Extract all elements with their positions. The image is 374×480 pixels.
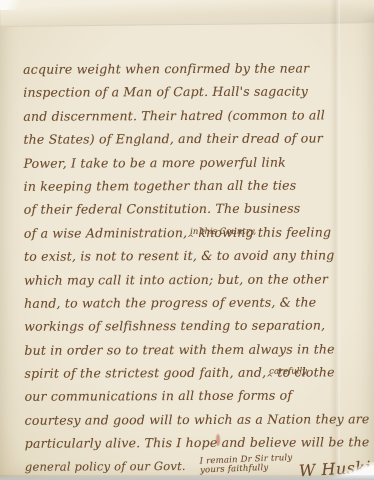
- letter-line-with-insertion: spirit of the strictest good faith, and,…: [24, 360, 358, 385]
- scan-bottom-edge: [0, 475, 374, 480]
- letter-line: our communications in all those forms of: [25, 384, 359, 409]
- letter-line: hand, to watch the progress of events, &…: [24, 290, 358, 315]
- letter-line: workings of selfishness tending to separ…: [24, 314, 358, 339]
- letter-line: acquire weight when confirmed by the nea…: [23, 56, 357, 81]
- paper-corner-top-left: [0, 0, 28, 10]
- letter-line: and discernment. Their hatred (common to…: [23, 103, 357, 128]
- insertion-text: in this Country,: [190, 220, 256, 244]
- line-text: spirit of the strictest good faith, and,: [24, 365, 266, 381]
- letter-line: to exist, is not to resent it, & to avoi…: [24, 243, 358, 268]
- letter-line-with-insertion: of a wise Administration,^in this Countr…: [24, 220, 358, 245]
- letter-line: in keeping them together than all the ti…: [24, 173, 358, 198]
- valediction-line: yours faithfully: [200, 463, 293, 476]
- closing-valediction: I remain Dr Sir truly yours faithfully: [199, 454, 292, 476]
- letter-line: the States) of England, and their dread …: [23, 126, 357, 151]
- insertion-text: carefully: [269, 361, 307, 385]
- letter-line: inspection of a Man of Capt. Hall's saga…: [23, 80, 357, 105]
- paper-top-crease: [0, 0, 374, 27]
- letter-scan: acquire weight when confirmed by the nea…: [0, 0, 374, 480]
- letter-line: courtesy and good will to which as a Nat…: [25, 407, 359, 432]
- letter-line: Power, I take to be a more powerful link: [23, 150, 357, 175]
- letter-body: acquire weight when confirmed by the nea…: [23, 56, 359, 478]
- letter-line: particularly alive. This I hope and beli…: [25, 431, 359, 456]
- letter-line: of their federal Constitution. The busin…: [24, 197, 358, 222]
- line-text: of a wise Administration,: [24, 225, 187, 241]
- letter-line: which may call it into action; but, on t…: [24, 267, 358, 292]
- letter-line: but in order so to treat with them alway…: [24, 337, 358, 362]
